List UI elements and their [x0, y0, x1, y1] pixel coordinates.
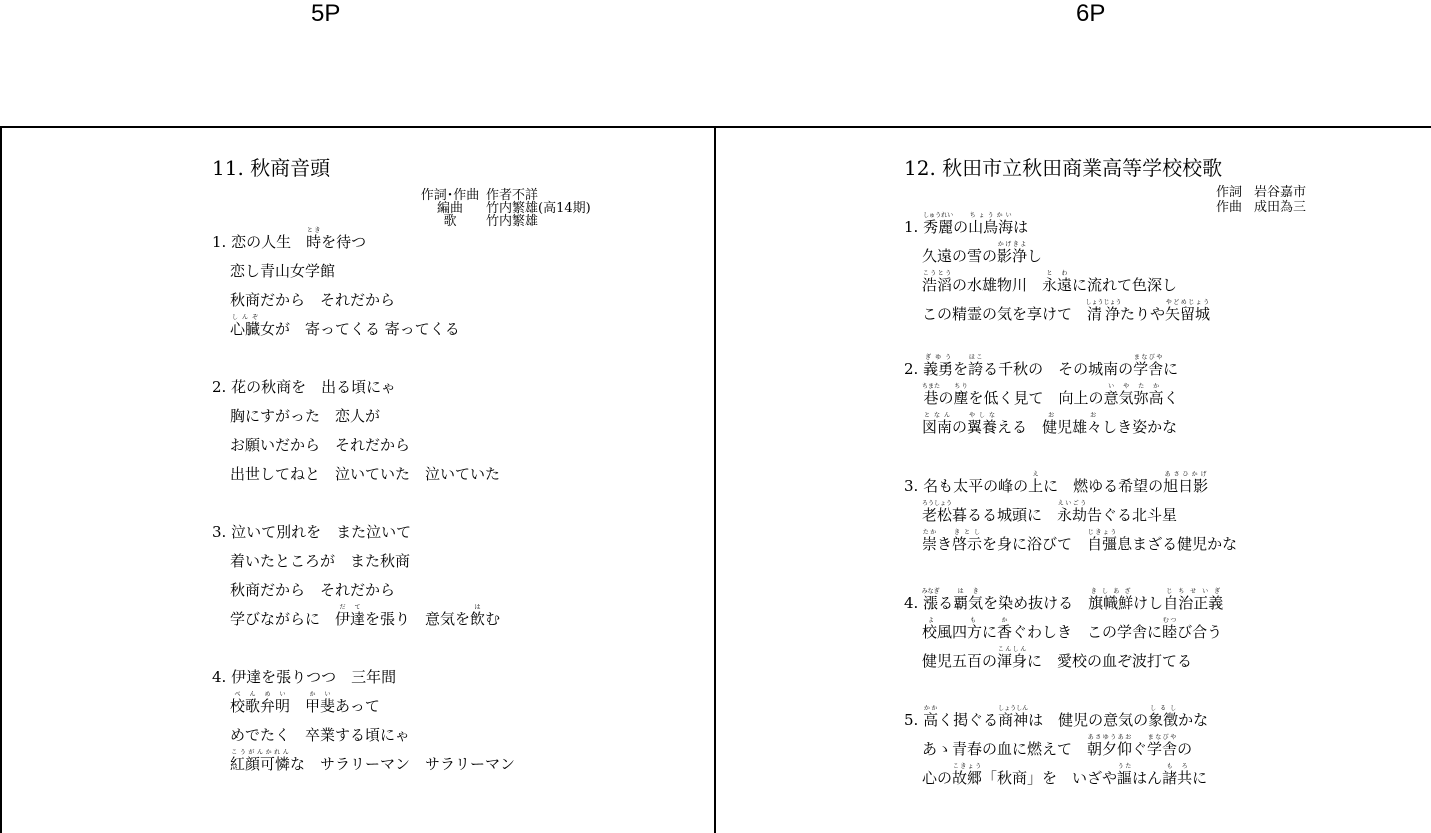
verse-3: 3. 名も太平の峰の上えに 燃ゆる希望の旭日影あさひかげ 老松ろうしょう暮るる城…: [904, 468, 1316, 555]
song-title: 11. 秋商音頭: [212, 155, 632, 181]
verse-1: 1. 恋の人生 時ときを待つ 恋し青山女学館 秋商だから それだから 心臓しんぞ…: [212, 224, 632, 340]
lyrics: 1. 恋の人生 時ときを待つ 恋し青山女学館 秋商だから それだから 心臓しんぞ…: [212, 224, 632, 775]
song-title: 12. 秋田市立秋田商業高等学校校歌: [904, 155, 1316, 181]
lyric-line: 紅顔可憐こうがんかれんな サラリーマン サラリーマン: [212, 746, 632, 775]
lyric-line: 久遠の雪の影浄かげきよし: [904, 238, 1316, 267]
lyric-line: 4. 漲みなぎる覇気はきを染め抜ける 旗幟鮮きしあざけし自治正義じちせいぎ: [904, 585, 1316, 614]
lyric-line: 着いたところが また秋商: [212, 543, 632, 572]
lyric-line: 2. 花の秋商を 出る頃にゃ: [212, 369, 632, 398]
lyric-line: 出世してねと 泣いていた 泣いていた: [212, 456, 632, 485]
lyric-line: 校風四方よもに香かぐわしき この学舎に睦むつび合う: [904, 614, 1316, 643]
lyric-line: 浩滔こうとうの水雄物川 永遠とわに流れて色深し: [904, 267, 1316, 296]
song-credits: 作詞･作曲 作者不詳 編曲 竹内繁雄(高14期) 歌 竹内繁雄: [414, 189, 632, 228]
lyric-line: 健児五百の渾身こんしんに 愛校の血ぞ波打てる: [904, 643, 1316, 672]
lyric-line: 4. 伊達を張りつつ 三年間: [212, 659, 632, 688]
verse-2: 2. 花の秋商を 出る頃にゃ 胸にすがった 恋人が お願いだから それだから 出…: [212, 369, 632, 485]
page-number-5p: 5P: [311, 0, 340, 28]
lyric-line: 秋商だから それだから: [212, 282, 632, 311]
lyric-line: 学びながらに 伊達だてを張り 意気を飲はむ: [212, 601, 632, 630]
song-12: 12. 秋田市立秋田商業高等学校校歌 作詞 岩谷嘉市 作曲 成田為三 1. 秀麗…: [904, 155, 1316, 789]
verse-5: 5. 高かかく掲ぐる商神しょうしんは 健児の意気の象徴しるしかな あゝ青春の血に…: [904, 702, 1316, 789]
lyric-line: この精霊の気を享けて 清浄しょうじょうたりや矢留城やどめじょう: [904, 296, 1316, 325]
credit-role: 作詞: [1216, 185, 1254, 200]
lyric-line: 図南となんの翼養やしなえる 健児雄々おおしき姿かな: [904, 409, 1316, 438]
credit-row: 作詞 岩谷嘉市: [1216, 185, 1316, 200]
page-divider: [714, 126, 716, 833]
lyric-line: 巷ちまたの塵ちりを低く見て 向上の意気弥高いやたかく: [904, 380, 1316, 409]
lyric-line: 2. 義勇ぎゆうを誇ほこる千秋の その城南の学舎まなびやに: [904, 351, 1316, 380]
page-number-6p: 6P: [1076, 0, 1105, 28]
credit-name: 岩谷嘉市: [1254, 185, 1306, 200]
verse-1: 1. 秀麗しゅうれいの山鳥海ちょうかいは 久遠の雪の影浄かげきよし 浩滔こうとう…: [904, 209, 1316, 325]
lyric-line: 秋商だから それだから: [212, 572, 632, 601]
lyric-line: お願いだから それだから: [212, 427, 632, 456]
lyric-line: 老松ろうしょう暮るる城頭に 永劫えいごう告ぐる北斗星: [904, 497, 1316, 526]
lyric-line: 3. 名も太平の峰の上えに 燃ゆる希望の旭日影あさひかげ: [904, 468, 1316, 497]
lyric-line: 1. 秀麗しゅうれいの山鳥海ちょうかいは: [904, 209, 1316, 238]
verse-2: 2. 義勇ぎゆうを誇ほこる千秋の その城南の学舎まなびやに 巷ちまたの塵ちりを低…: [904, 351, 1316, 438]
verse-4: 4. 漲みなぎる覇気はきを染め抜ける 旗幟鮮きしあざけし自治正義じちせいぎ 校風…: [904, 585, 1316, 672]
lyric-line: 恋し青山女学館: [212, 253, 632, 282]
verse-3: 3. 泣いて別れを また泣いて 着いたところが また秋商 秋商だから それだから…: [212, 514, 632, 630]
lyric-line: 心臓しんぞ女が 寄ってくる 寄ってくる: [212, 311, 632, 340]
lyric-line: 心の故郷こきょう「秋商」を いざや謳うたはん諸共もろに: [904, 760, 1316, 789]
lyric-line: 校歌弁明べんめい 甲斐かいあって: [212, 688, 632, 717]
lyric-line: めでたく 卒業する頃にゃ: [212, 717, 632, 746]
song-11: 11. 秋商音頭 作詞･作曲 作者不詳 編曲 竹内繁雄(高14期) 歌 竹内繁雄…: [212, 155, 632, 775]
lyric-line: あゝ青春の血に燃えて 朝夕仰あさゆうあおぐ学舎まなびやの: [904, 731, 1316, 760]
lyric-line: 胸にすがった 恋人が: [212, 398, 632, 427]
lyric-line: 崇たかき啓示きとしを身に浴びて 自彊じきょう息まざる健児かな: [904, 526, 1316, 555]
lyric-line: 1. 恋の人生 時ときを待つ: [212, 224, 632, 253]
verse-4: 4. 伊達を張りつつ 三年間 校歌弁明べんめい 甲斐かいあって めでたく 卒業す…: [212, 659, 632, 775]
lyric-line: 3. 泣いて別れを また泣いて: [212, 514, 632, 543]
lyrics: 1. 秀麗しゅうれいの山鳥海ちょうかいは 久遠の雪の影浄かげきよし 浩滔こうとう…: [904, 209, 1316, 789]
lyric-line: 5. 高かかく掲ぐる商神しょうしんは 健児の意気の象徴しるしかな: [904, 702, 1316, 731]
